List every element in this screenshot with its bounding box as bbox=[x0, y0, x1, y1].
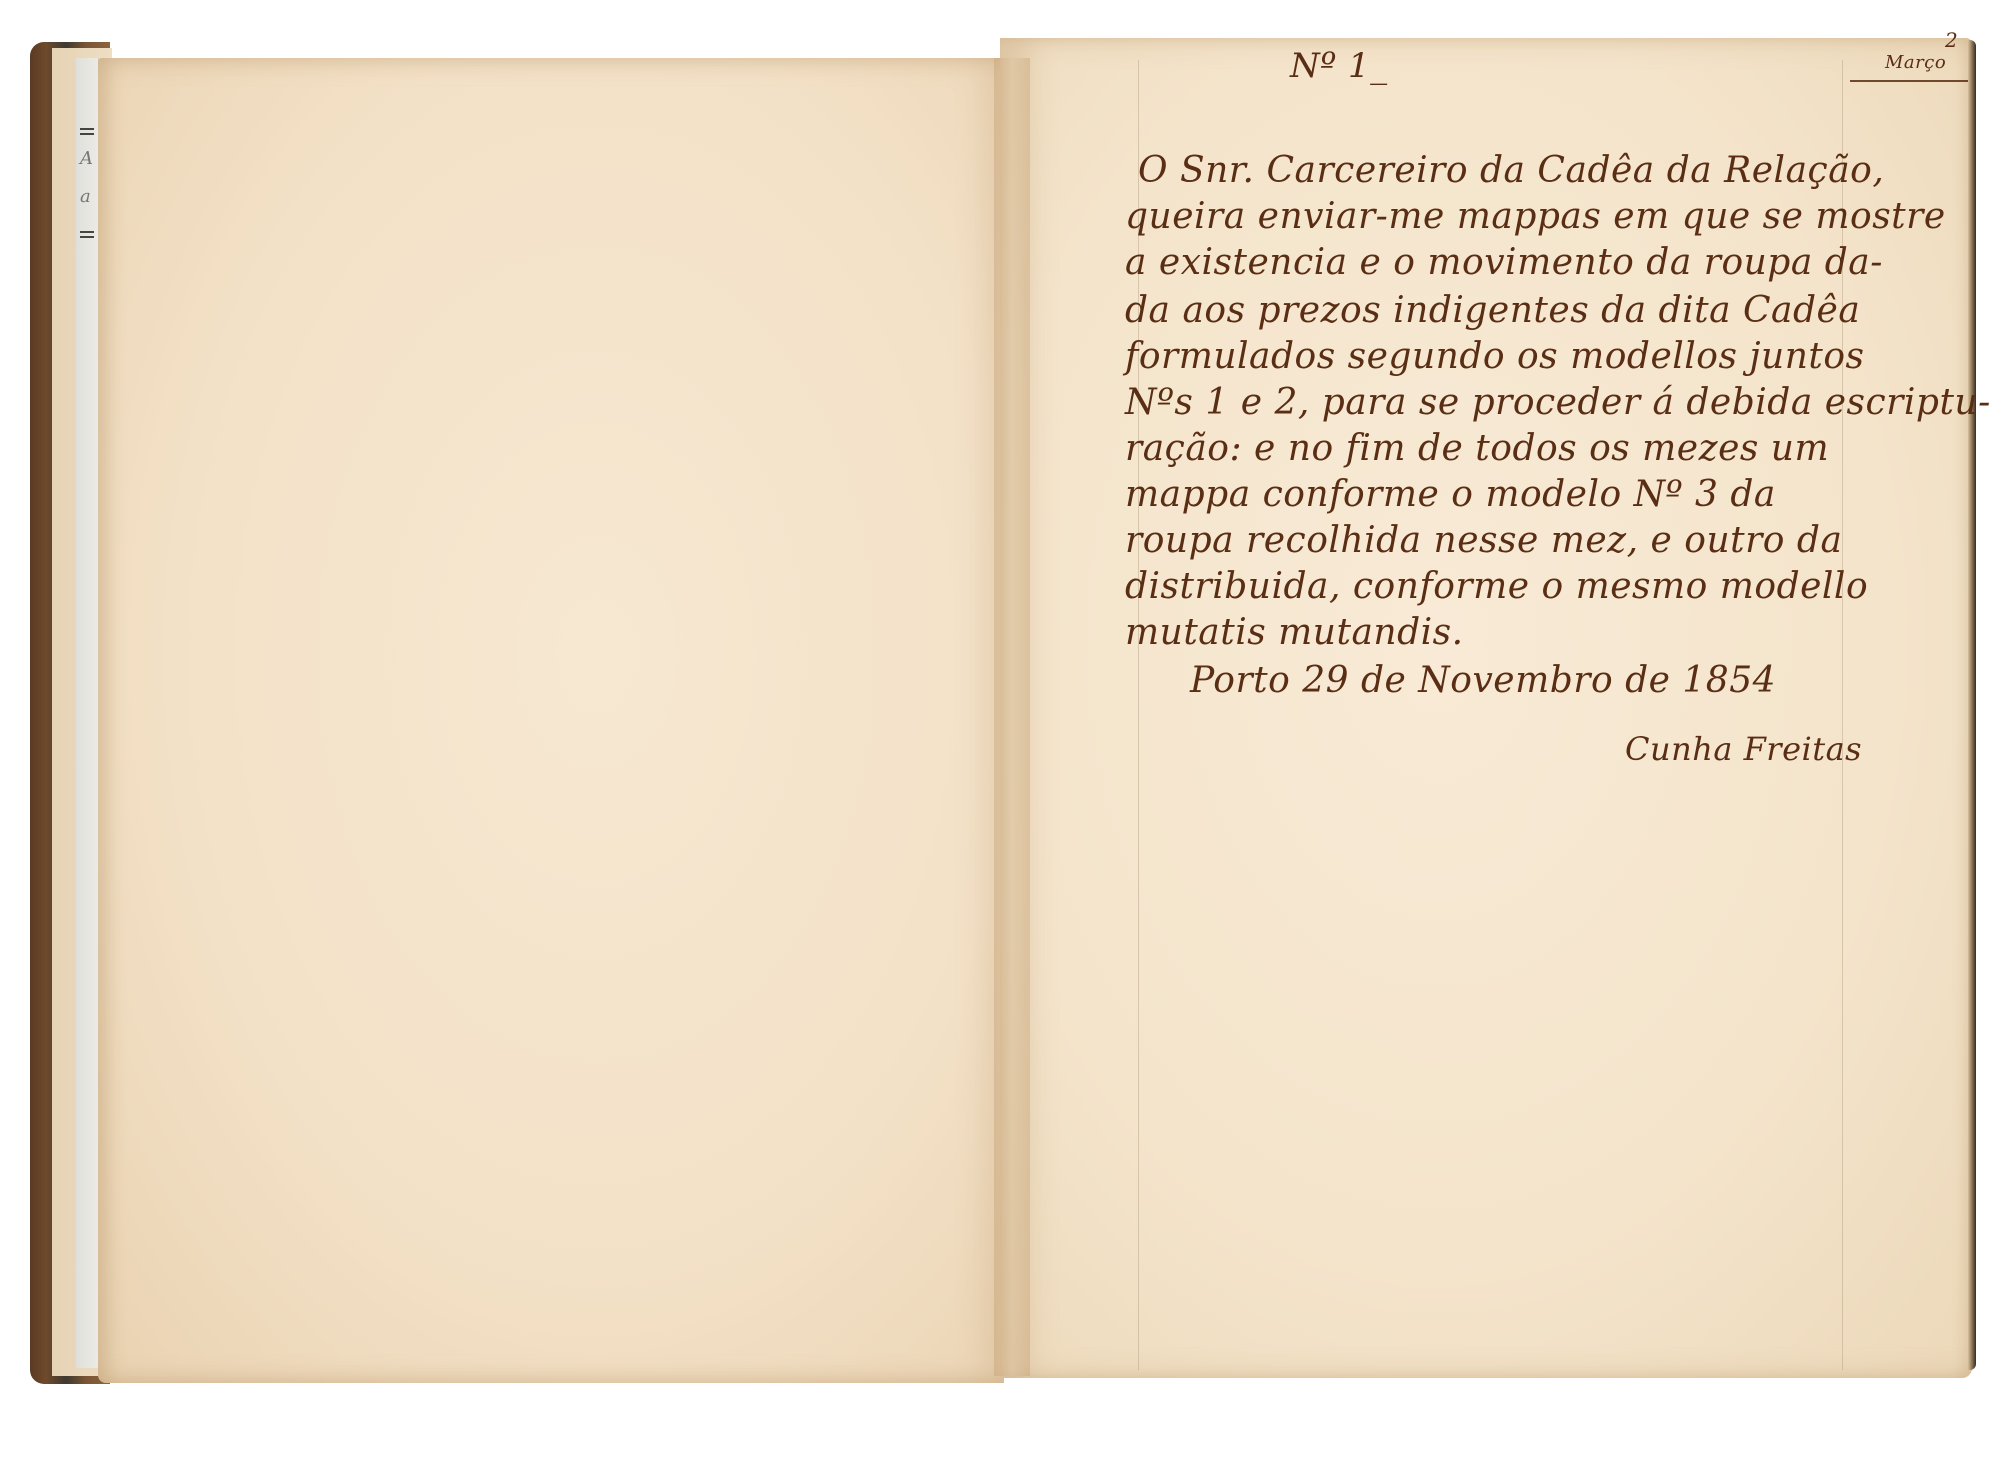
document-heading: Nº 1_ bbox=[1290, 46, 1388, 86]
dateline: Porto 29 de Novembro de 1854 bbox=[1190, 660, 1776, 701]
margin-note: Março bbox=[1885, 52, 1946, 73]
text-line: queira enviar-me mappas em que se mostre bbox=[1125, 196, 1946, 237]
text-line: da aos prezos indigentes da dita Cadêa bbox=[1125, 290, 1860, 331]
book-gutter bbox=[994, 58, 1030, 1376]
left-page-blank bbox=[98, 58, 1004, 1383]
right-page bbox=[1000, 38, 1972, 1378]
stub-mark bbox=[80, 236, 94, 238]
stub-letter: a bbox=[80, 186, 91, 207]
page-number: 2 bbox=[1945, 28, 1958, 52]
text-line: mutatis mutandis. bbox=[1125, 612, 1464, 653]
text-line: distribuida, conforme o mesmo modello bbox=[1125, 566, 1868, 607]
text-line: Nºs 1 e 2, para se proceder á debida esc… bbox=[1125, 382, 1991, 423]
stub-letter: A bbox=[80, 148, 93, 169]
page-edges bbox=[1968, 40, 1976, 1370]
text-line: O Snr. Carcereiro da Cadêa da Relação, bbox=[1138, 150, 1884, 191]
open-ledger: A a 2 Março Nº 1_ O Snr. Carcereiro da C… bbox=[0, 0, 2000, 1471]
signature: Cunha Freitas bbox=[1625, 730, 1862, 768]
stub-mark bbox=[80, 133, 94, 135]
text-line: roupa recolhida nesse mez, e outro da bbox=[1125, 520, 1842, 561]
text-line: a existencia e o movimento da roupa da- bbox=[1125, 242, 1883, 283]
text-line: ração: e no fim de todos os mezes um bbox=[1125, 428, 1829, 469]
text-line: mappa conforme o modelo Nº 3 da bbox=[1125, 474, 1776, 515]
margin-underline bbox=[1850, 80, 1968, 82]
stub-mark bbox=[80, 231, 94, 233]
stub-mark bbox=[80, 128, 94, 130]
text-line: formulados segundo os modellos juntos bbox=[1125, 336, 1865, 377]
page-stub bbox=[76, 58, 99, 1368]
